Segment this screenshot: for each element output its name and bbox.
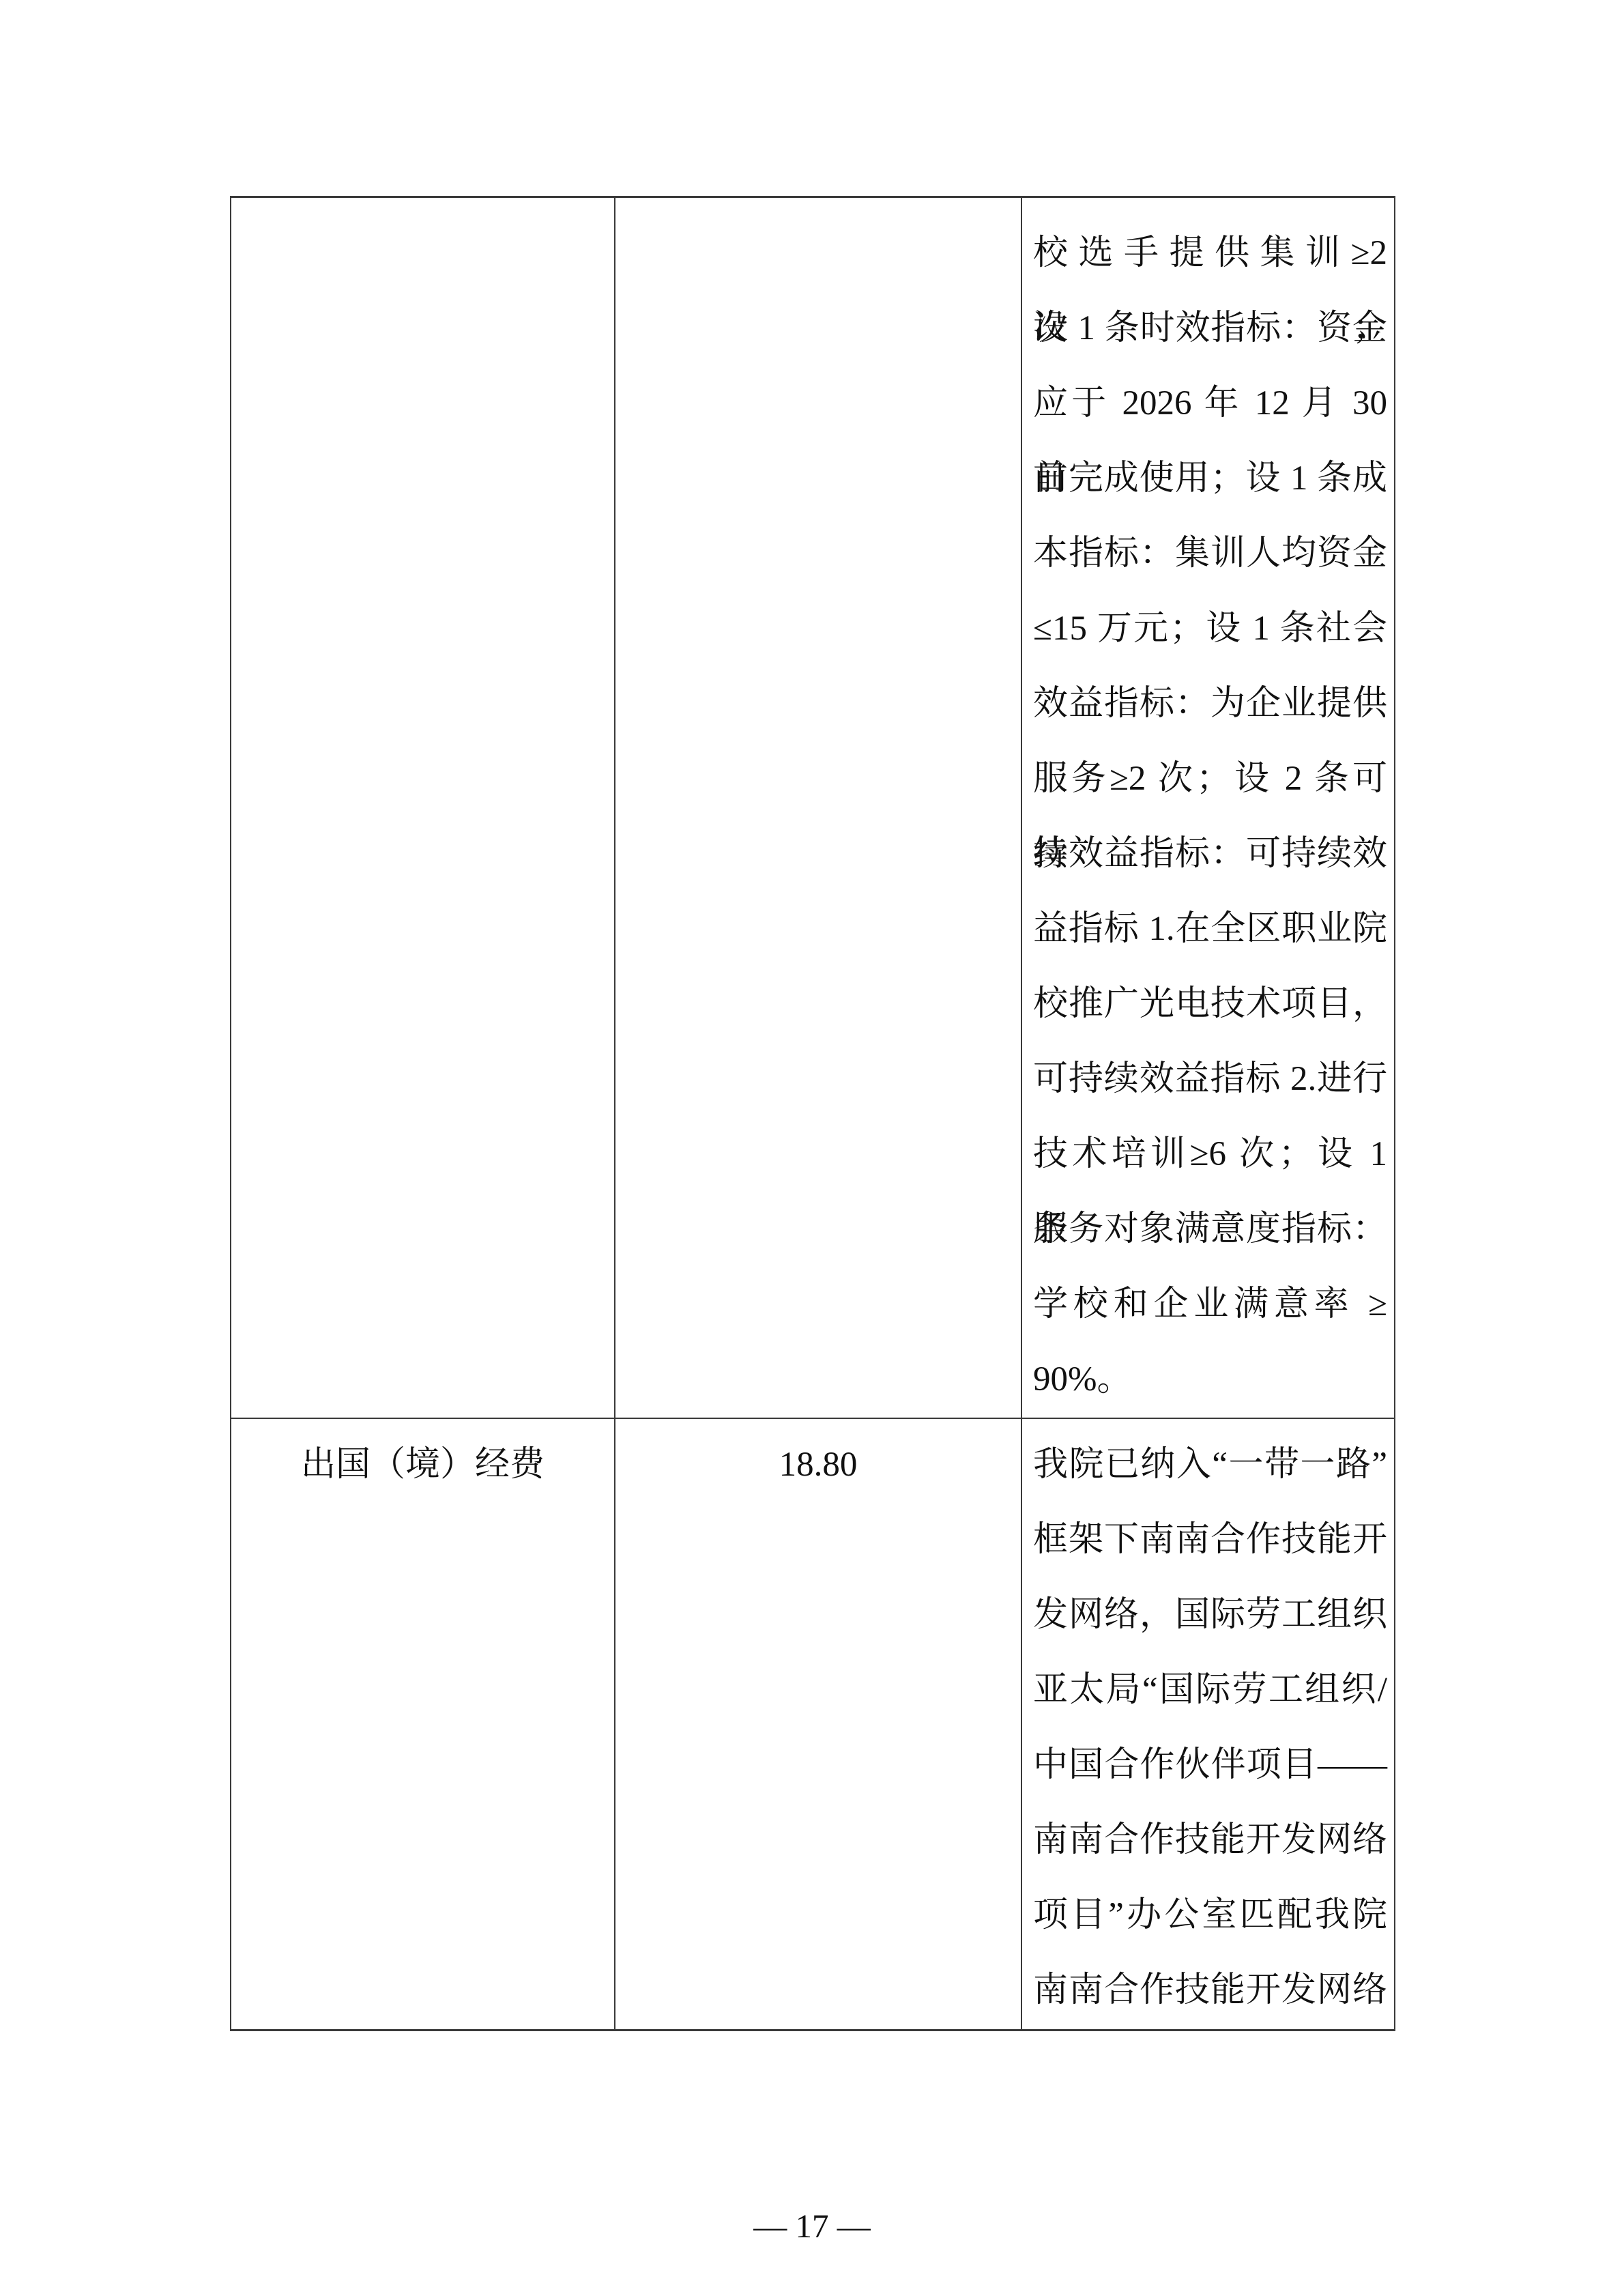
text-line: 框架下南南合作技能开 [1033, 1502, 1387, 1577]
text-line: 发网络，国际劳工组织 [1033, 1577, 1387, 1652]
text-line: 服务对象满意度指标： [1033, 1192, 1387, 1267]
text-line: 校推广光电技术项目， [1033, 966, 1387, 1042]
text-line: 亚太局“国际劳工组织/ [1033, 1652, 1387, 1727]
text-line: 前完成使用；设 1 条成 [1033, 441, 1387, 516]
text-line: 益指标 1.在全区职业院 [1033, 891, 1387, 966]
text-line: 设 1 条时效指标：资金 [1033, 291, 1387, 366]
text-line: 服务≥2 次；设 2 条可持 [1033, 741, 1387, 816]
text-line: 本指标：集训人均资金 [1033, 516, 1387, 591]
text-line: 我院已纳入“一带一路” [1033, 1427, 1387, 1502]
amount-cell-row2: 18.80 [615, 1419, 1022, 2029]
text-line: 南南合作技能开发网络 [1033, 1953, 1387, 2028]
text-line: 可持续效益指标 2.进行 [1033, 1042, 1387, 1117]
text-line: 校选手提供集训≥2 次； [1033, 216, 1387, 291]
budget-table: 校选手提供集训≥2 次；设 1 条时效指标：资金应于 2026 年 12 月 3… [230, 196, 1395, 2031]
text-line: 学校和企业满意率 ≥ [1033, 1267, 1387, 1342]
text-line: 项目”办公室匹配我院 [1033, 1878, 1387, 1953]
page-number: — 17 — [0, 2199, 1624, 2254]
text-line: 效益指标：为企业提供 [1033, 666, 1387, 741]
text-line: 中国合作伙伴项目—— [1033, 1727, 1387, 1803]
text-line: 续效益指标：可持续效 [1033, 816, 1387, 891]
amount-cell-row1 [615, 198, 1022, 1419]
document-page: 校选手提供集训≥2 次；设 1 条时效指标：资金应于 2026 年 12 月 3… [0, 0, 1624, 2296]
description-cell-row1: 校选手提供集训≥2 次；设 1 条时效指标：资金应于 2026 年 12 月 3… [1022, 198, 1394, 1419]
category-cell-row2: 出国（境）经费 [231, 1419, 615, 2029]
text-line: ≤15 万元；设 1 条社会 [1033, 591, 1387, 666]
category-cell-row1 [231, 198, 615, 1419]
text-line: 南南合作技能开发网络 [1033, 1803, 1387, 1878]
text-line: 应于 2026 年 12 月 30 日 [1033, 366, 1387, 441]
description-cell-row2: 我院已纳入“一带一路”框架下南南合作技能开发网络，国际劳工组织亚太局“国际劳工组… [1022, 1419, 1394, 2029]
text-line: 技术培训≥6 次；设 1 条 [1033, 1117, 1387, 1192]
text-line: 90%。 [1033, 1342, 1387, 1417]
